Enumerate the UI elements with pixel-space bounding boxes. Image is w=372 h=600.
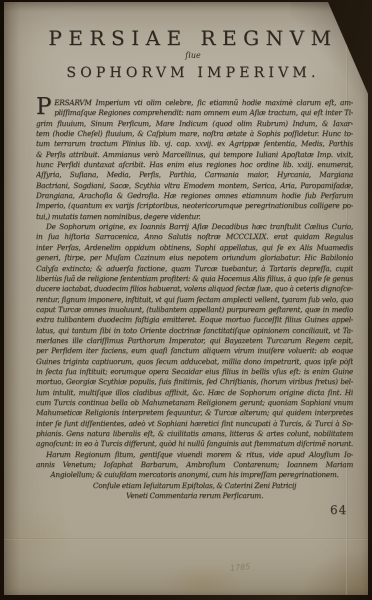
text-line: Guines triginta captiuorum, quos ſecum a…	[36, 357, 353, 367]
text-line: rentur, ſignum imponere, inſtituit, vt q…	[36, 295, 353, 305]
page-subtitle: SOPHORVM IMPERIVM.	[34, 65, 352, 82]
title-connector: ſiue	[34, 51, 352, 61]
text-line: phianis. Gens natura liberalis eſt, & ci…	[36, 429, 353, 439]
text-line: caput Turcæ omnes inuoluunt, (tulibantem…	[36, 305, 353, 315]
text-line: ERSARVM Imperium vti olim celebre, ſic e…	[54, 98, 353, 108]
book-page: PERSIAE REGNVM ſiue SOPHORVM IMPERIVM. P…	[4, 2, 368, 595]
text-line: extra tulibantem duodecim faſtigia emitt…	[36, 315, 353, 325]
paragraph: PERSARVM Imperium vti olim celebre, ſic …	[36, 98, 353, 222]
text-line: Imperio, (quantum ex varijs ſcriptoribus…	[36, 201, 353, 211]
text-line: liberiùs ſuã de religione ſententiam pro…	[36, 274, 353, 284]
text-line: cum Turcis continua bella ob Mahumetanam…	[36, 398, 353, 408]
horizontal-crease	[4, 538, 368, 540]
text-line: grim fluuium, Sinum Perſicum, Mare Indic…	[36, 119, 353, 129]
text-line: Calyſa extincto; & aduerſa factione, qua…	[36, 264, 353, 274]
text-line: agnoſcunt: in eo à Turcis differunt, quò…	[36, 439, 353, 449]
text-line: Conſule etiam Ieſuitarum Epiſtolas, & Ca…	[36, 481, 353, 491]
text-line: De Sophorum origine, ex Ioannis Barrij A…	[36, 222, 353, 232]
body-text: PERSARVM Imperium vti olim celebre, ſic …	[36, 98, 353, 501]
text-line: in ſecta ſua inſtituit; eorumque opera S…	[36, 367, 353, 377]
text-line: Veneti Commentaria rerum Perſicarum.	[36, 491, 353, 501]
page-number: 64	[330, 503, 347, 517]
pencil-annotation: 1785	[230, 562, 251, 573]
text-line: tem (hodie Cheſel) fluuium, & Caſpium ma…	[36, 129, 353, 139]
text-line: inter ſe ſunt diſſentientes, adeò vt Sop…	[36, 419, 353, 429]
paragraph: Harum Regionum ſitum, gentiſque viuendi …	[36, 450, 353, 502]
paragraph: De Sophorum origine, ex Ioannis Barrij A…	[36, 222, 353, 450]
text-line: pliſſimaſque Regiones comprehendit: nam …	[54, 108, 353, 118]
text-line: inter Perſas, Ardenelim oppidum obtinens…	[36, 243, 353, 253]
text-line: Aſſyria, Suſiana, Media, Perſis, Parthia…	[36, 170, 353, 180]
text-line: Angiolellum; & cuiuſdam mercatoris anony…	[36, 470, 353, 480]
text-line: mortuo, Georgiæ Scythiæ populis, ſuis fi…	[36, 377, 353, 387]
text-line: merlanes ille clariſſimus Parthorum Impe…	[36, 336, 353, 346]
text-line: in ſua hiſtoria Sarracenica, Anno Saluti…	[36, 232, 353, 242]
drop-cap: P	[36, 98, 54, 117]
text-line: Harum Regionum ſitum, gentiſque viuendi …	[36, 450, 353, 460]
text-line: hunc Perſidi duntaxat aſcribit. Has enim…	[36, 160, 353, 170]
text-line: tum terrarum tractum Plinius lib. vj. ca…	[36, 139, 353, 149]
text-line: lum intulit, multiſque illos cladibus af…	[36, 388, 353, 398]
text-line: per Perſidem iter faciens, eum quaſi ſan…	[36, 346, 353, 356]
title-block: PERSIAE REGNVM ſiue SOPHORVM IMPERIVM.	[34, 26, 352, 82]
text-line: annis Venetum; Ioſaphat Barbarum, Ambroſ…	[36, 460, 353, 470]
text-line: Drangiana, Arachoſia & Gedroſia. Hæ regi…	[36, 191, 353, 201]
text-line: generi, ſtirpe, per Muſam Cazinum eius n…	[36, 253, 353, 263]
text-line: latus, qui tantum ſibi in toto Oriente d…	[36, 326, 353, 336]
text-line: ducere iactabat, duodecim filios habuera…	[36, 284, 353, 294]
photo-background: PERSIAE REGNVM ſiue SOPHORVM IMPERIVM. P…	[0, 0, 372, 600]
text-line: & Perſis attribuit. Ammianus verò Marcel…	[36, 150, 353, 160]
text-line: Bactriani, Sogdiani, Sacæ, Scythia vltra…	[36, 181, 353, 191]
text-line: tui,) mutatis tamen nominibus, degere vi…	[36, 212, 353, 222]
page-title: PERSIAE REGNVM	[34, 26, 352, 50]
text-line: Mahumeticæ Religionis interpretem ſequun…	[36, 408, 353, 418]
